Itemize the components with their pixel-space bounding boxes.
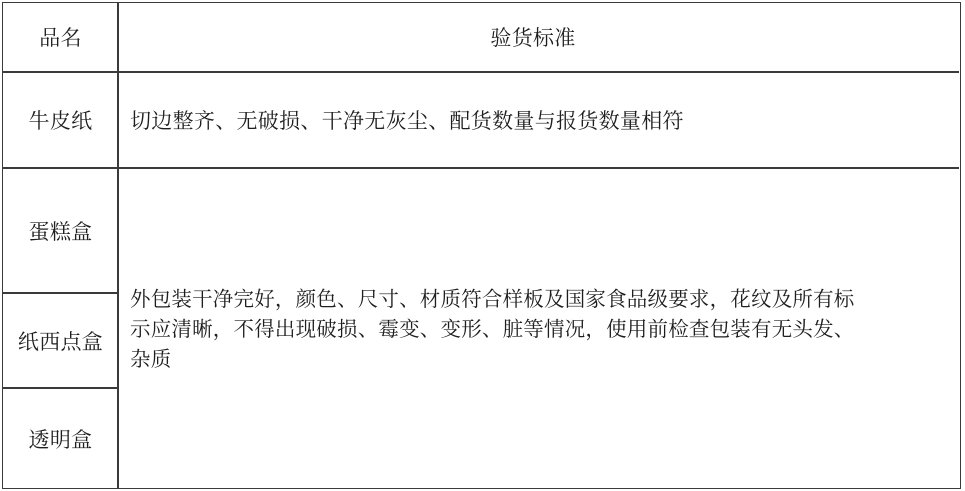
- item-name-clear-box: 透明盒: [29, 424, 93, 454]
- shared-standard-text: 外包装干净完好，颜色、尺寸、材质符合样板及国家食品级要求，花纹及所有标 示应清晰…: [130, 284, 855, 374]
- header-name-label: 品名: [39, 22, 82, 52]
- item-name-cake-box: 蛋糕盒: [29, 216, 93, 246]
- table-row-name: 牛皮纸: [3, 73, 118, 167]
- item-name-paper-pastry-box: 纸西点盒: [18, 326, 103, 356]
- inspection-standards-table: 品名 验货标准 牛皮纸 切边整齐、无破损、干净无灰尘、配货数量与报货数量相符 蛋…: [2, 2, 961, 489]
- header-standard-cell: 验货标准: [119, 3, 959, 71]
- table-row-name: 蛋糕盒: [3, 169, 118, 292]
- standard-line: 杂质: [130, 344, 855, 374]
- header-name-cell: 品名: [3, 3, 118, 71]
- table-row-standard: 切边整齐、无破损、干净无灰尘、配货数量与报货数量相符: [119, 73, 959, 167]
- table-row-name: 透明盒: [3, 389, 118, 488]
- standard-line: 示应清晰，不得出现破损、霉变、变形、脏等情况，使用前检查包装有无头发、: [130, 314, 855, 344]
- standard-line: 外包装干净完好，颜色、尺寸、材质符合样板及国家食品级要求，花纹及所有标: [130, 284, 855, 314]
- item-name-kraft-paper: 牛皮纸: [29, 105, 93, 135]
- shared-standard-cell: 外包装干净完好，颜色、尺寸、材质符合样板及国家食品级要求，花纹及所有标 示应清晰…: [119, 169, 959, 488]
- table-row-name: 纸西点盒: [3, 294, 118, 387]
- standard-kraft-paper: 切边整齐、无破损、干净无灰尘、配货数量与报货数量相符: [130, 105, 684, 135]
- header-standard-label: 验货标准: [490, 22, 575, 52]
